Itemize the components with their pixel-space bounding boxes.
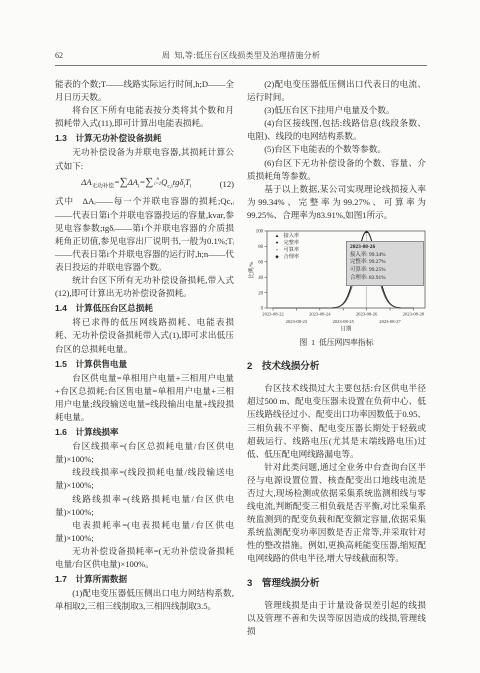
paragraph: 式中 ΔAᵢ——每一个并联电容器的损耗;Qc,ᵢ——代表日第i个并联电容器投运的…	[55, 195, 234, 274]
svg-text:80: 80	[258, 245, 263, 250]
svg-text:60: 60	[258, 261, 263, 266]
figure-1: 0204060801002023-08-222023-08-232023-08-…	[247, 228, 426, 349]
paragraph: 能表的个数;T——线路实际运行时间,h;D——全月日历天数。	[55, 78, 234, 104]
equation-12: ΔA无功补偿=∑ΔAi=∑ni=1Qc,itgδiTi (12)	[55, 176, 234, 194]
paragraph: 台区技术线损过大主要包括:台区供电半径超过500 m、配电变压器未设置在负荷中心…	[247, 382, 426, 461]
y-axis-label: 比例/%	[247, 261, 255, 278]
legend-item-接入率: ▲接入率	[273, 233, 299, 240]
paragraph: 无功补偿设备为并联电容器,其损耗计算公式如下:	[55, 146, 234, 172]
legend-item-完整率: ●完整率	[273, 240, 299, 247]
paragraph: 将已求得的低压网线路损耗、电能表损耗、无功补偿设备损耗带入式(1),即可求出低压…	[55, 316, 234, 355]
section-heading-2: 2 技术线损分析	[247, 360, 426, 373]
paragraph: 针对此类问题,通过全业务中台查询台区半径与电源设置位置、核查配变出口地线电流是否…	[247, 461, 426, 566]
paper-page: 62 周 知,等:低压台区线损类型及治理措施分析 能表的个数;T——线路实际运行…	[0, 0, 480, 673]
paragraph: (6)台区下无功补偿设备的个数、容量、介质损耗角等参数。	[247, 157, 426, 183]
section-heading-1-5: 1.5 计算供售电量	[55, 358, 234, 371]
legend-marker-icon: ●	[273, 240, 281, 247]
legend-marker-icon: ◆	[273, 254, 281, 261]
svg-text:2023-08-25: 2023-08-25	[332, 319, 354, 324]
paragraph: 线段线损率=(线段损耗电量/线段输送电量)×100%;	[55, 466, 234, 492]
section-heading-3: 3 管理线损分析	[247, 577, 426, 590]
equation-number: (12)	[220, 178, 234, 191]
paragraph: 台区供电量=单相用户电量+三相用户电量+台区总损耗;台区售电量=单相用户电量+三…	[55, 372, 234, 424]
right-column: (2)配电变压器低压侧出口代表日的电流、运行时间。 (3)低压台区下挂用户电量及…	[247, 78, 426, 638]
svg-text:2023-08-23: 2023-08-23	[286, 319, 308, 324]
svg-text:20: 20	[258, 291, 263, 296]
paragraph: (4)台区接线图,包括:线路信息(线段条数、电阻)、线段的电网结构系数。	[247, 117, 426, 143]
page-number: 62	[55, 51, 85, 60]
paragraph: (1)配电变压器低压侧出口电力网结构系数,单相取2,三相三线制取3,三相四线制取…	[55, 587, 234, 613]
svg-text:2023-08-26: 2023-08-26	[356, 312, 378, 317]
legend-label: 接入率	[284, 233, 300, 240]
paragraph: 台区线损率=(台区总损耗电量/台区供电量)×100%;	[55, 440, 234, 466]
equation-body: ΔA无功补偿=∑ΔAi=∑ni=1Qc,itgδiTi	[55, 176, 218, 194]
annotation-date: 2023-08-26	[350, 244, 420, 252]
paragraph: 统计台区下所有无功补偿设备损耗,带入式(12),即可计算出无功补偿设备损耗。	[55, 274, 234, 300]
section-heading-1-7: 1.7 计算所需数据	[55, 573, 234, 586]
x-axis-label: 日期	[341, 325, 352, 332]
chart-legend: ▲接入率●完整率+可算率◆合理率	[273, 233, 299, 261]
figure-caption: 图 1 低压网四率指标	[247, 336, 426, 349]
svg-text:40: 40	[258, 276, 263, 281]
svg-text:2023-08-28: 2023-08-28	[403, 312, 425, 317]
section-heading-1-3: 1.3 计算无功补偿设备损耗	[55, 132, 234, 145]
legend-label: 可算率	[284, 247, 300, 254]
annotation-row-可算率: 可算率: 99.25%	[350, 267, 420, 275]
legend-item-合理率: ◆合理率	[273, 254, 299, 261]
legend-item-可算率: +可算率	[273, 247, 299, 254]
paragraph: (2)配电变压器低压侧出口代表日的电流、运行时间。	[247, 78, 426, 104]
chart-annotation-box: 2023-08-26 接入率: 99.34%完整率: 99.27%可算率: 99…	[346, 241, 424, 286]
svg-text:2023-08-24: 2023-08-24	[309, 312, 331, 317]
section-heading-1-4: 1.4 计算低压台区总损耗	[55, 302, 234, 315]
legend-marker-icon: +	[273, 247, 281, 254]
paragraph: 无功补偿设备损耗率=(无功补偿设备损耗电量/台区供电量)×100%。	[55, 545, 234, 571]
section-heading-1-6: 1.6 计算线损率	[55, 426, 234, 439]
svg-text:2023-08-27: 2023-08-27	[379, 319, 401, 324]
legend-label: 合理率	[284, 254, 300, 261]
chart-area: 0204060801002023-08-222023-08-232023-08-…	[247, 228, 427, 332]
svg-text:2023-08-22: 2023-08-22	[262, 312, 284, 317]
paragraph: (3)低压台区下挂用户电量及个数。	[247, 104, 426, 117]
legend-label: 完整率	[284, 240, 300, 247]
legend-marker-icon: ▲	[273, 233, 281, 240]
paragraph: 电表损耗率=(电表损耗电量/台区供电量)×100%;	[55, 519, 234, 545]
two-column-body: 能表的个数;T——线路实际运行时间,h;D——全月日历天数。 将台区下所有电能表…	[55, 78, 427, 638]
paragraph: (5)台区下电能表的个数等参数。	[247, 143, 426, 156]
running-title: 周 知,等:低压台区线损类型及治理措施分析	[85, 50, 397, 61]
annotation-row-合理率: 合理率: 83.91%	[350, 275, 420, 283]
paragraph: 基于以上数据,某公司实现理论线损接入率为99.34%、完整率为99.27%、可算…	[247, 183, 426, 222]
left-column: 能表的个数;T——线路实际运行时间,h;D——全月日历天数。 将台区下所有电能表…	[55, 78, 234, 638]
paragraph: 线路线损率=(线路损耗电量/台区供电量)×100%;	[55, 493, 234, 519]
annotation-row-完整率: 完整率: 99.27%	[350, 259, 420, 267]
paragraph: 管理线损是由于计量设备误差引起的线损以及管理不善和失误等原因造成的线损,管理线损	[247, 599, 426, 638]
running-header: 62 周 知,等:低压台区线损类型及治理措施分析	[55, 50, 427, 66]
paragraph: 将台区下所有电能表按分类将其个数和月损耗带入式(11),即可计算出电能表损耗。	[55, 104, 234, 130]
svg-text:100: 100	[256, 230, 264, 235]
annotation-rows: 接入率: 99.34%完整率: 99.27%可算率: 99.25%合理率: 83…	[350, 252, 420, 283]
